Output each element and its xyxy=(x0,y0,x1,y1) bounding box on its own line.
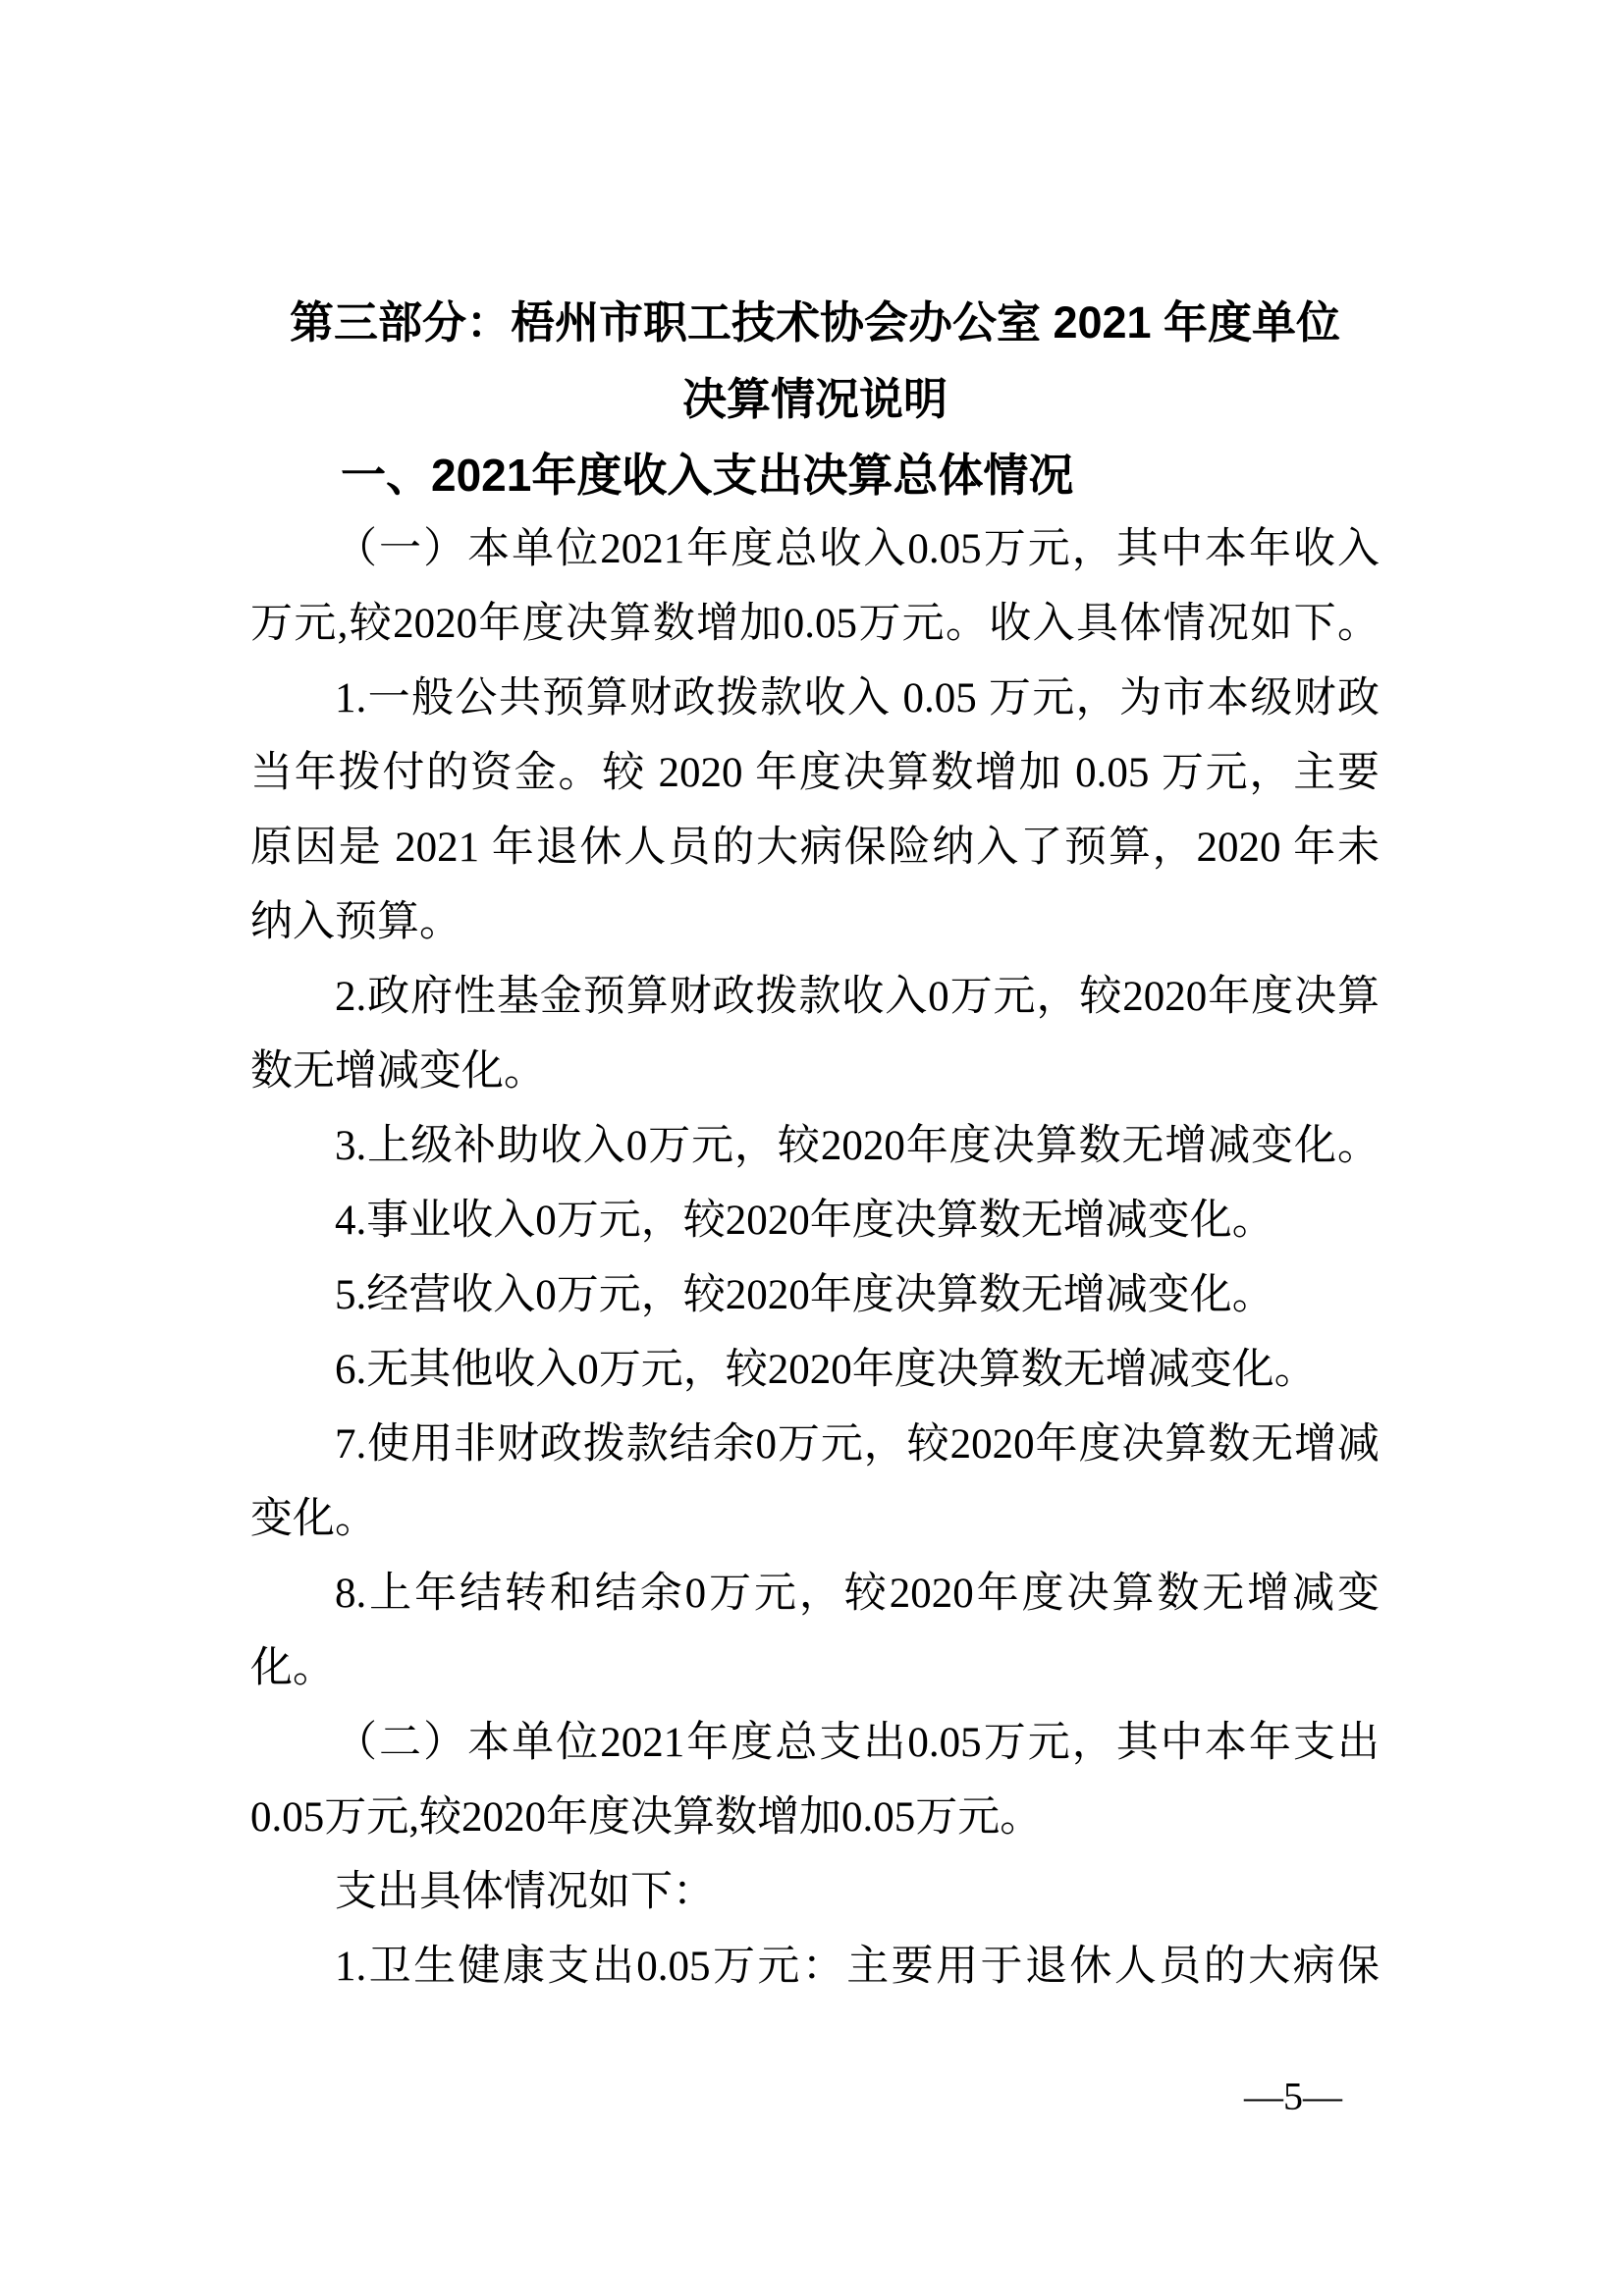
body-text-line: 2.政府性基金预算财政拨款收入0万元，较2020年度决算 xyxy=(250,960,1380,1035)
body-text-line: 原因是 2021 年退休人员的大病保险纳入了预算，2020 年未 xyxy=(250,811,1380,885)
page-number: —5— xyxy=(250,2073,1342,2120)
body-text-line: 数无增减变化。 xyxy=(250,1035,1380,1109)
body-text-line: 8.上年结转和结余0万元，较2020年度决算数无增减变 xyxy=(250,1557,1380,1631)
section-heading: 一、2021年度收入支出决算总体情况 xyxy=(250,438,1380,512)
body-text-line: 1.一般公共预算财政拨款收入 0.05 万元，为市本级财政 xyxy=(250,662,1380,736)
document-title-line-2: 决算情况说明 xyxy=(250,361,1380,438)
body-text-line: （一）本单位2021年度总收入0.05万元，其中本年收入 xyxy=(250,512,1380,587)
document-page: 第三部分：梧州市职工技术协会办公室 2021 年度单位 决算情况说明 一、202… xyxy=(0,0,1624,2296)
body-text-line: 支出具体情况如下： xyxy=(250,1855,1380,1930)
body-text-line: 当年拨付的资金。较 2020 年度决算数增加 0.05 万元，主要 xyxy=(250,736,1380,811)
document-content: 第三部分：梧州市职工技术协会办公室 2021 年度单位 决算情况说明 一、202… xyxy=(250,285,1380,2004)
body-text-line: 6.无其他收入0万元，较2020年度决算数无增减变化。 xyxy=(250,1333,1380,1408)
body-text-line: 万元,较2020年度决算数增加0.05万元。收入具体情况如下。 xyxy=(250,587,1380,662)
document-title-line-1: 第三部分：梧州市职工技术协会办公室 2021 年度单位 xyxy=(250,285,1380,361)
body-text-line: 1.卫生健康支出0.05万元：主要用于退休人员的大病保 xyxy=(250,1930,1380,2004)
body-text-line: 化。 xyxy=(250,1631,1380,1706)
body-text-line: 0.05万元,较2020年度决算数增加0.05万元。 xyxy=(250,1781,1380,1855)
body-text-line: 5.经营收入0万元，较2020年度决算数无增减变化。 xyxy=(250,1258,1380,1333)
body-text-line: 7.使用非财政拨款结余0万元，较2020年度决算数无增减 xyxy=(250,1408,1380,1482)
body-text-line: （二）本单位2021年度总支出0.05万元，其中本年支出 xyxy=(250,1706,1380,1781)
body-text-line: 3.上级补助收入0万元，较2020年度决算数无增减变化。 xyxy=(250,1109,1380,1184)
body-lines: （一）本单位2021年度总收入0.05万元，其中本年收入万元,较2020年度决算… xyxy=(250,512,1380,2004)
body-text-line: 4.事业收入0万元，较2020年度决算数无增减变化。 xyxy=(250,1184,1380,1258)
body-text-line: 纳入预算。 xyxy=(250,885,1380,960)
body-text-line: 变化。 xyxy=(250,1482,1380,1557)
